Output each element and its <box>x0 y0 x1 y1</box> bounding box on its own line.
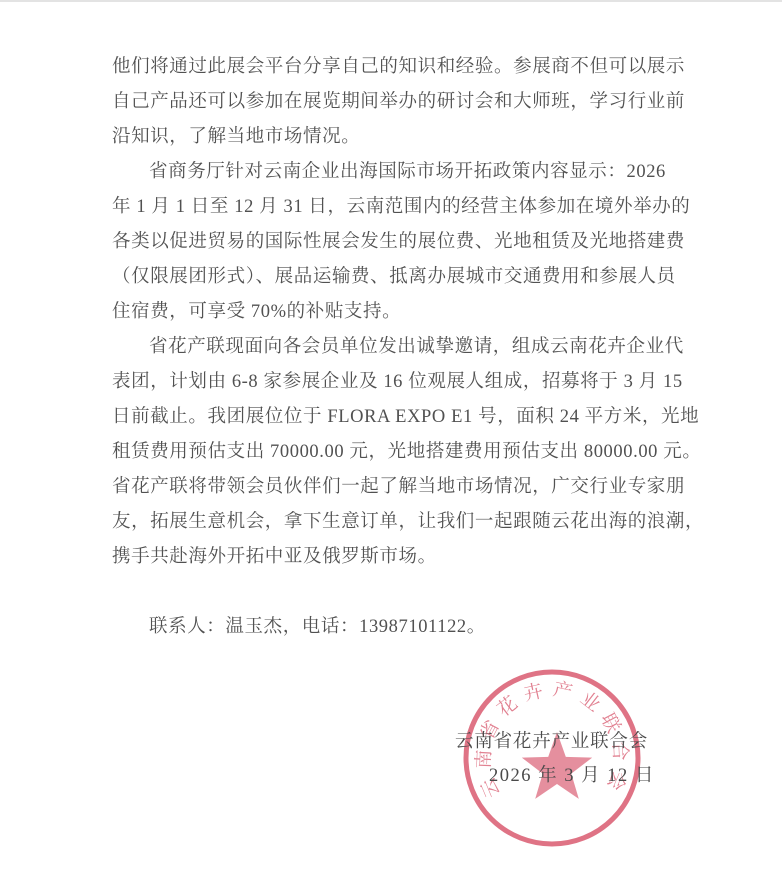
text-line: 他们将通过此展会平台分享自己的知识和经验。参展商不但可以展示 <box>112 50 678 85</box>
text-line: 自己产品还可以参加在展览期间举办的研讨会和大师班，学习行业前 <box>112 85 678 120</box>
signature-org: 云南省花卉产业联合会 <box>455 727 648 753</box>
text-line: 年 1 月 1 日至 12 月 31 日，云南范围内的经营主体参加在境外举办的 <box>112 190 678 225</box>
page-top-edge <box>0 0 782 2</box>
document-page: 他们将通过此展会平台分享自己的知识和经验。参展商不但可以展示自己产品还可以参加在… <box>0 0 782 891</box>
text-line: 日前截止。我团展位位于 FLORA EXPO E1 号，面积 24 平方米，光地 <box>112 400 678 435</box>
text-line: 省商务厅针对云南企业出海国际市场开拓政策内容显示：2026 <box>112 155 678 190</box>
official-seal-stamp: 云南省花卉产业联合会 <box>460 666 644 850</box>
document-body: 他们将通过此展会平台分享自己的知识和经验。参展商不但可以展示自己产品还可以参加在… <box>112 50 678 645</box>
text-line: 联系人：温玉杰，电话：13987101122。 <box>112 610 678 645</box>
text-line: 各类以促进贸易的国际性展会发生的展位费、光地租赁及光地搭建费 <box>112 225 678 260</box>
text-line: 住宿费，可享受 70%的补贴支持。 <box>112 295 678 330</box>
text-line: 友，拓展生意机会，拿下生意订单，让我们一起跟随云花出海的浪潮， <box>112 505 678 540</box>
text-line: 省花产联现面向各会员单位发出诚挚邀请，组成云南花卉企业代 <box>112 330 678 365</box>
signature-date: 2026 年 3 月 12 日 <box>489 761 655 787</box>
text-line: 沿知识，了解当地市场情况。 <box>112 120 678 155</box>
text-line: 省花产联将带领会员伙伴们一起了解当地市场情况，广交行业专家朋 <box>112 470 678 505</box>
paragraph-spacer <box>112 575 678 610</box>
text-line: 携手共赴海外开拓中亚及俄罗斯市场。 <box>112 540 678 575</box>
text-line: 租赁费用预估支出 70000.00 元，光地搭建费用预估支出 80000.00 … <box>112 435 678 470</box>
text-line: （仅限展团形式）、展品运输费、抵离办展城市交通费用和参展人员 <box>112 260 678 295</box>
text-line: 表团，计划由 6-8 家参展企业及 16 位观展人组成，招募将于 3 月 15 <box>112 365 678 400</box>
